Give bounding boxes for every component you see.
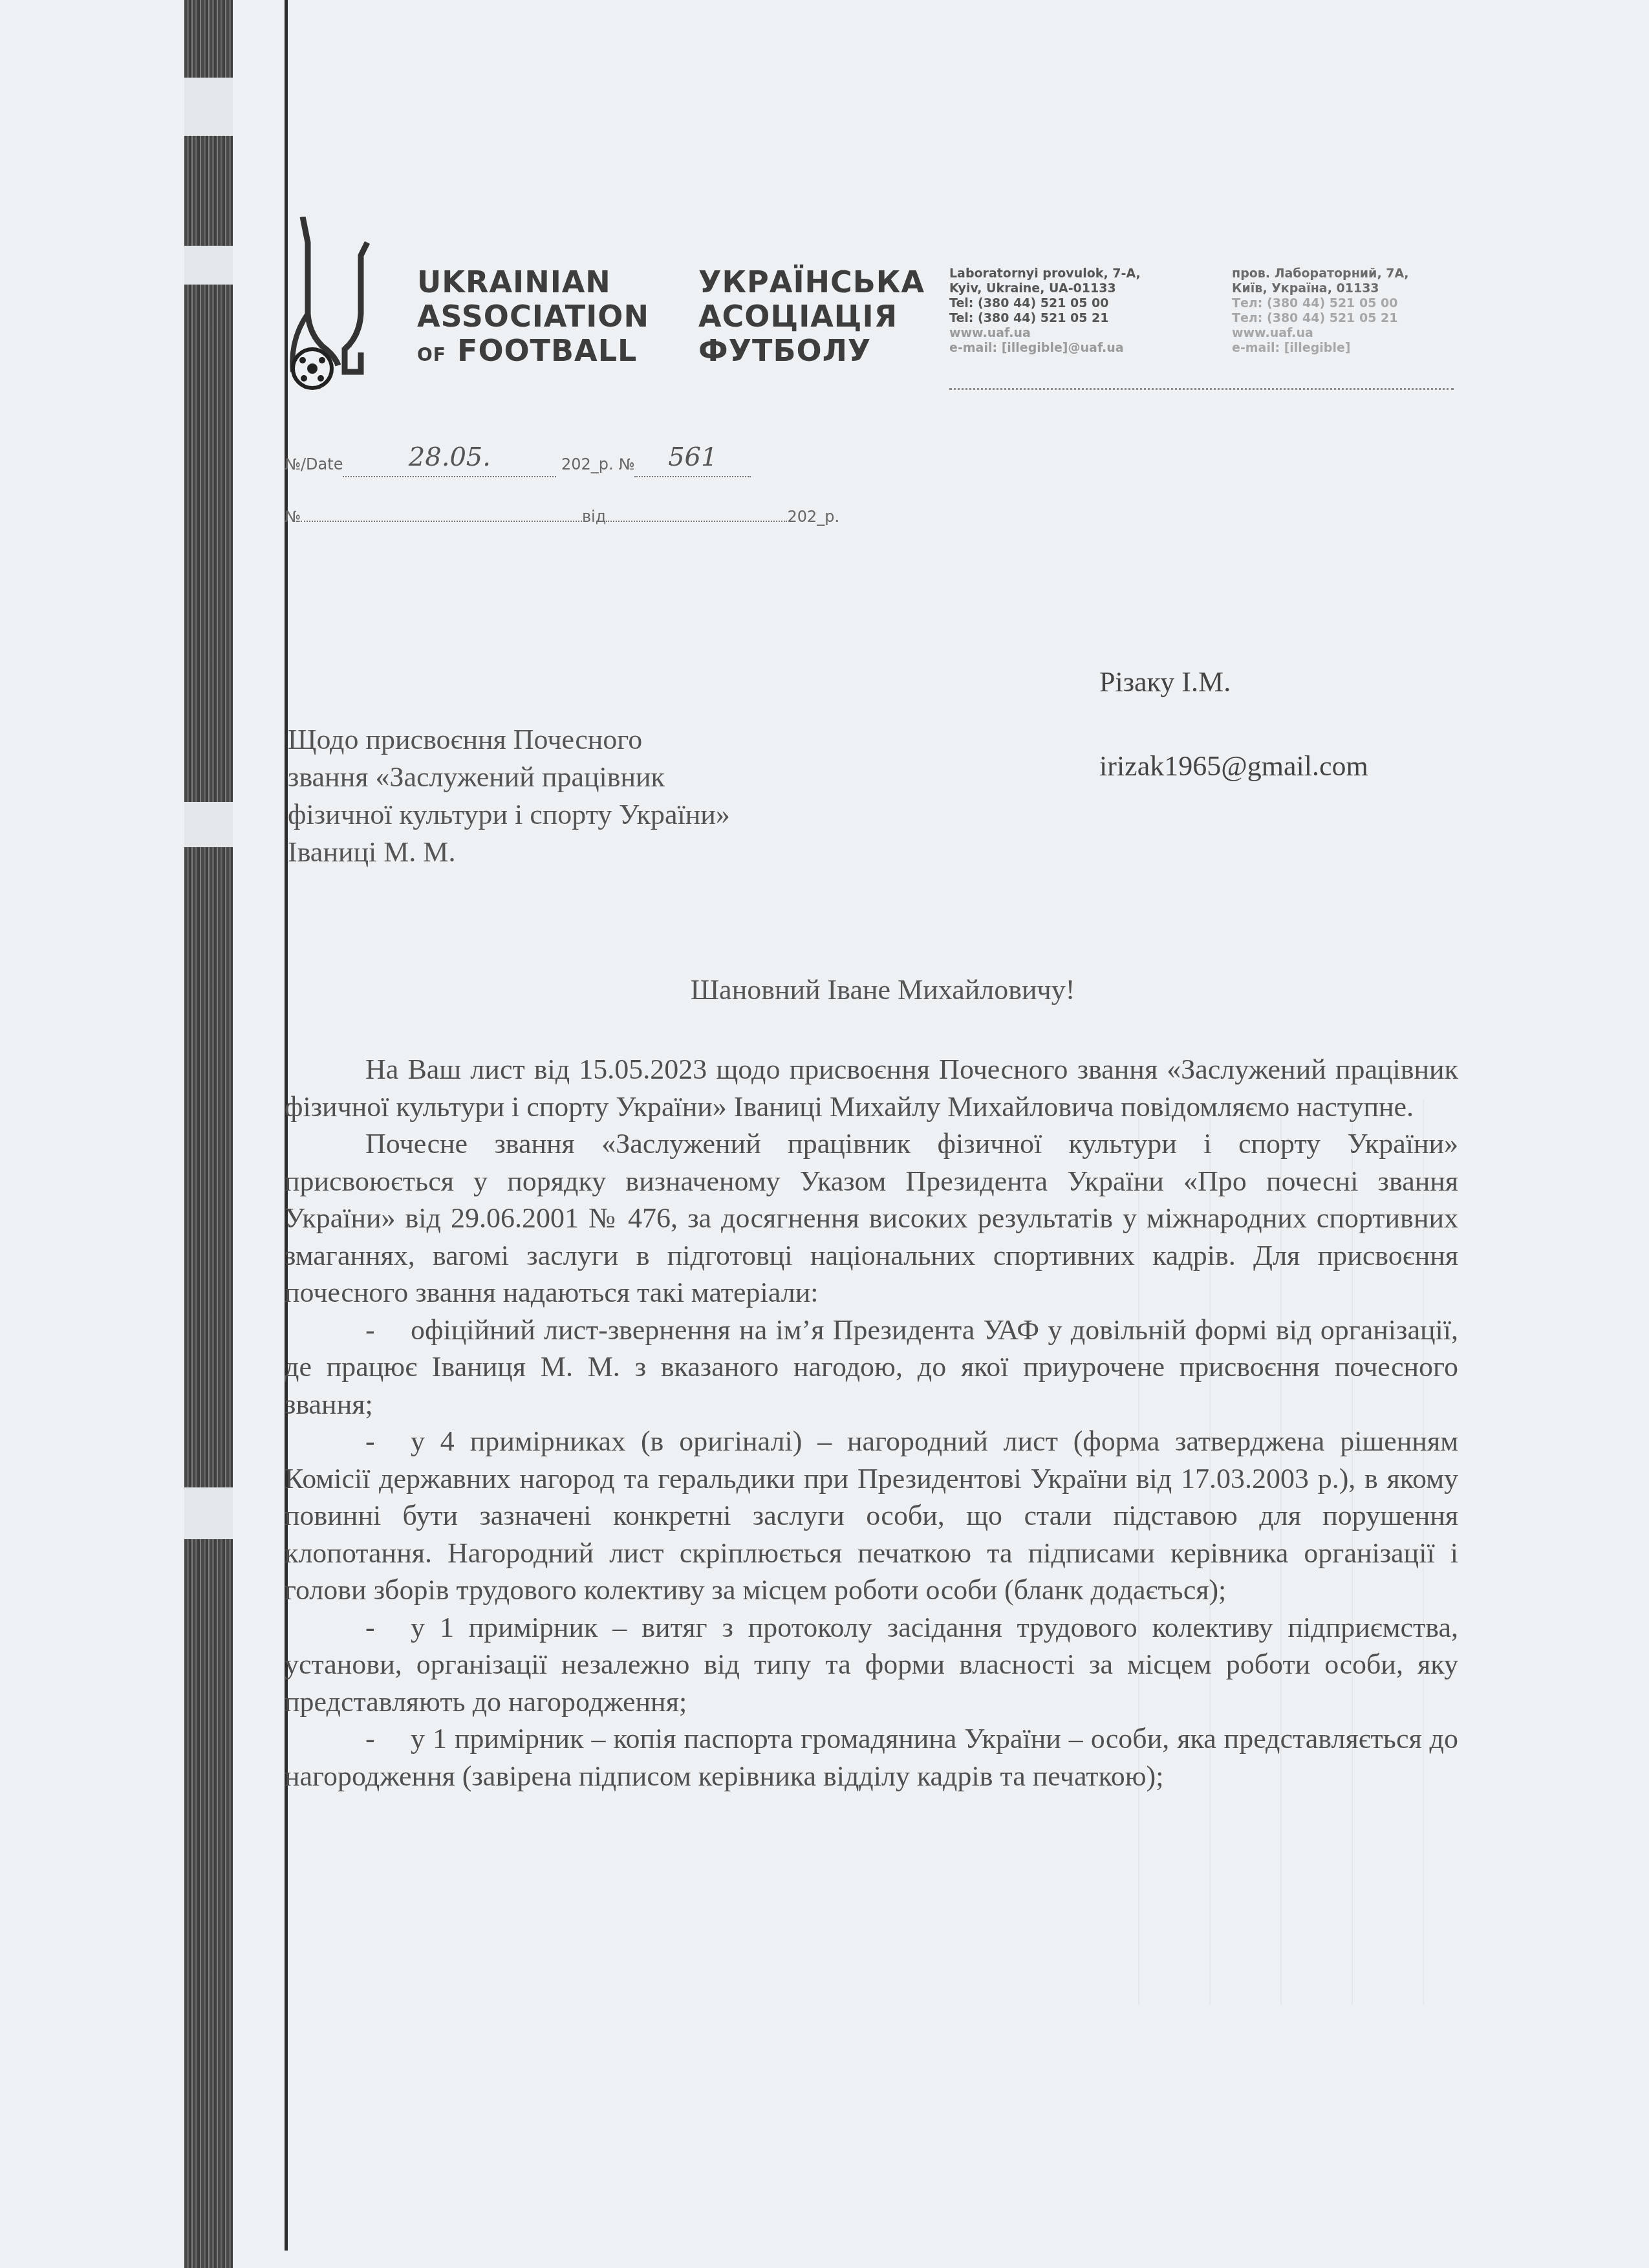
outgoing-reference: №/Date28.05. 202_р. №561 (285, 446, 751, 477)
website-line: www.uaf.ua (949, 326, 1141, 341)
phone-line: Тел: (380 44) 521 05 21 (1232, 311, 1408, 326)
salutation: Шановний Іване Михайловичу! (0, 973, 1649, 1006)
uaf-logo-icon (283, 217, 380, 391)
list-item: -офіційний лист-звернення на ім’я Презид… (285, 1312, 1458, 1423)
list-item: -у 1 примірник – витяг з протоколу засід… (285, 1609, 1458, 1721)
header-divider (949, 388, 1454, 390)
incoming-reference: №від202_р. (285, 508, 839, 526)
recipient-block: Різаку І.М. irizak1965@gmail.com (1099, 640, 1368, 808)
paragraph: На Ваш лист від 15.05.2023 щодо присвоєн… (285, 1051, 1458, 1125)
scan-gap (184, 246, 233, 285)
address-line: пров. Лабораторний, 7А, (1232, 266, 1408, 281)
contacts-english: Laboratornyi provulok, 7-A, Kyiv, Ukrain… (949, 266, 1141, 356)
email-line: e-mail: [illegible]@uaf.ua (949, 341, 1141, 356)
paragraph: Почесне звання «Заслужений працівник фіз… (285, 1125, 1458, 1312)
phone-line: Тел: (380 44) 521 05 00 (1232, 296, 1408, 311)
scan-gap (184, 802, 233, 847)
list-item: -у 4 примірниках (в оригіналі) – нагород… (285, 1423, 1458, 1609)
email-line: e-mail: [illegible] (1232, 341, 1408, 356)
scan-binding-artifact (184, 0, 233, 2268)
recipient-email: irizak1965@gmail.com (1099, 724, 1368, 808)
contacts-ukrainian: пров. Лабораторний, 7А, Київ, Україна, 0… (1232, 266, 1408, 356)
phone-line: Tel: (380 44) 521 05 21 (949, 311, 1141, 326)
recipient-name: Різаку І.М. (1099, 640, 1368, 724)
scan-gap (184, 78, 233, 136)
phone-line: Tel: (380 44) 521 05 00 (949, 296, 1141, 311)
handwritten-number: 561 (668, 442, 717, 472)
scan-gap (184, 1487, 233, 1539)
address-line: Київ, Україна, 01133 (1232, 281, 1408, 296)
org-name-ukrainian: УКРАЇНСЬКА АСОЦІАЦІЯ ФУТБОЛУ (698, 265, 925, 368)
list-item: -у 1 примірник – копія паспорта громадян… (285, 1720, 1458, 1795)
address-line: Kyiv, Ukraine, UA-01133 (949, 281, 1141, 296)
letter-body: На Ваш лист від 15.05.2023 щодо присвоєн… (285, 1051, 1458, 1795)
address-line: Laboratornyi provulok, 7-A, (949, 266, 1141, 281)
org-name-english: UKRAINIAN ASSOCIATION OF FOOTBALL (417, 265, 649, 372)
subject-block: Щодо присвоєння Почесного звання «Заслуж… (288, 721, 730, 871)
handwritten-date: 28.05. (409, 442, 491, 472)
website-line: www.uaf.ua (1232, 326, 1408, 341)
